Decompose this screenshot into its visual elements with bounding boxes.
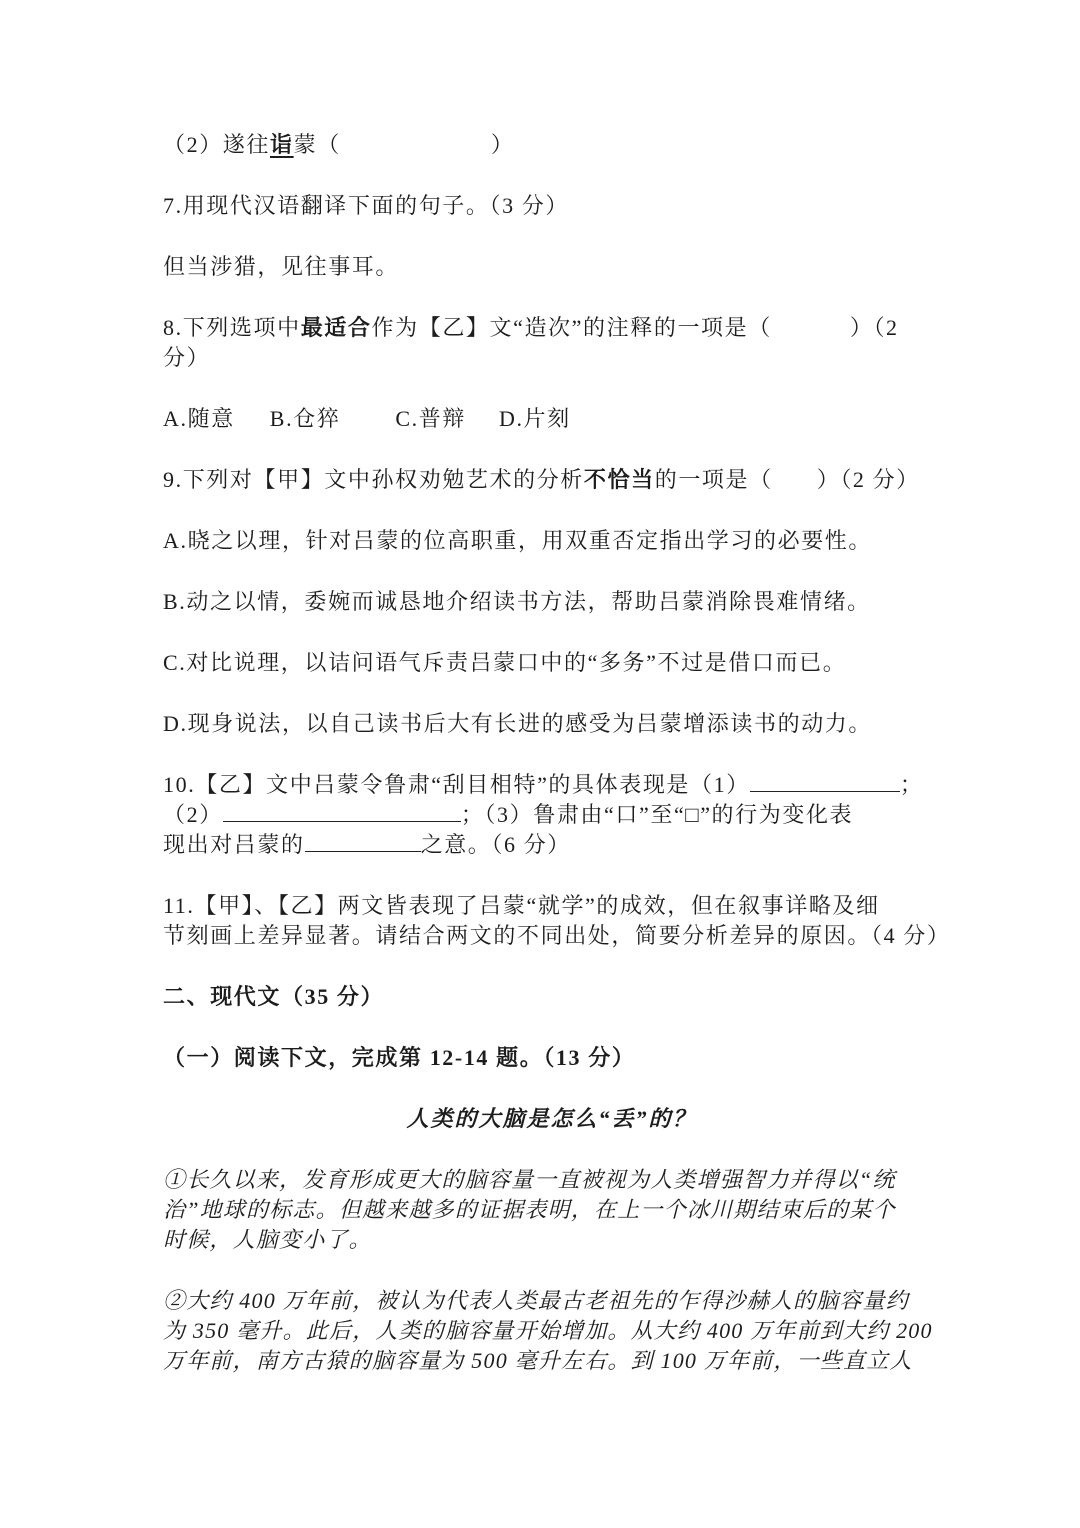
question-6-item-2-line: （2）遂往诣蒙（） xyxy=(163,130,940,160)
paragraph-2-line-2: 为 350 毫升。此后，人类的脑容量开始增加。从大约 400 万年前到大约 20… xyxy=(163,1316,940,1346)
q10-text-4: 现出对吕蒙的 xyxy=(163,832,305,857)
q6-2-text-pre: （2）遂往 xyxy=(163,132,270,157)
question-8-options-line: A.随意B.仓猝C.普辩D.片刻 xyxy=(163,404,940,434)
question-9-line: 9.下列对【甲】文中孙权劝勉艺术的分析不恰当的一项是（）（2 分） xyxy=(163,465,940,495)
question-9-option-a: A.晓之以理，针对吕蒙的位高职重，用双重否定指出学习的必要性。 xyxy=(163,526,940,556)
question-8: 8.下列选项中最适合作为【乙】文“造次”的注释的一项是（）（2 分） xyxy=(163,313,940,373)
question-11: 11.【甲】、【乙】两文皆表现了吕蒙“就学”的成效，但在叙事详略及细 节刻画上差… xyxy=(163,891,940,951)
translation-sentence: 但当涉猎，见往事耳。 xyxy=(163,252,940,282)
exam-page: （2）遂往诣蒙（） 7.用现代汉语翻译下面的句子。（3 分） 但当涉猎，见往事耳… xyxy=(0,0,1080,1528)
question-9: 9.下列对【甲】文中孙权劝勉艺术的分析不恰当的一项是（）（2 分） xyxy=(163,465,940,495)
passage-title-block: 人类的大脑是怎么“丢”的？ xyxy=(163,1104,940,1134)
question-10-line-1: 10.【乙】文中吕蒙令鲁肃“刮目相特”的具体表现是（1）； xyxy=(163,770,940,800)
q9-emphasized-phrase: 不恰当 xyxy=(584,467,655,492)
paragraph-2-line-3: 万年前，南方古猿的脑容量为 500 毫升左右。到 100 万年前，一些直立人 xyxy=(163,1346,940,1376)
option-b: B.仓猝 xyxy=(270,406,341,431)
q8-text-post: ）（2 xyxy=(850,315,899,340)
q10-text-5: 之意。（6 分） xyxy=(421,832,571,857)
option-a: A.晓之以理，针对吕蒙的位高职重，用双重否定指出学习的必要性。 xyxy=(163,526,940,556)
paragraph-1-line-3: 时候，人脑变小了。 xyxy=(163,1225,940,1255)
question-7-text: 7.用现代汉语翻译下面的句子。（3 分） xyxy=(163,191,940,221)
q10-text-3: ；（3）鲁肃由“口”至“□”的行为变化表 xyxy=(461,802,853,827)
paragraph-1-line-1: ①长久以来，发育形成更大的脑容量一直被视为人类增强智力并得以“统 xyxy=(163,1165,940,1195)
question-8-line-2: 分） xyxy=(163,343,940,373)
q9-text-post: ）（2 分） xyxy=(817,467,920,492)
answer-blank-3 xyxy=(305,830,421,852)
question-11-line-2: 节刻画上差异显著。请结合两文的不同出处，简要分析差异的原因。（4 分） xyxy=(163,921,940,951)
passage-paragraph-1: ①长久以来，发育形成更大的脑容量一直被视为人类增强智力并得以“统 治”地球的标志… xyxy=(163,1165,940,1255)
question-7-sentence: 但当涉猎，见往事耳。 xyxy=(163,252,940,282)
q9-text-mid: 的一项是（ xyxy=(655,467,773,492)
q10-semicolon-1: ； xyxy=(900,772,924,797)
q10-text-1: 10.【乙】文中吕蒙令鲁肃“刮目相特”的具体表现是（1） xyxy=(163,772,750,797)
question-8-options: A.随意B.仓猝C.普辩D.片刻 xyxy=(163,404,940,434)
question-11-line-1: 11.【甲】、【乙】两文皆表现了吕蒙“就学”的成效，但在叙事详略及细 xyxy=(163,891,940,921)
q8-text-mid: 作为【乙】文“造次”的注释的一项是（ xyxy=(372,315,772,340)
q9-text-pre: 9.下列对【甲】文中孙权劝勉艺术的分析 xyxy=(163,467,584,492)
answer-blank-1 xyxy=(750,770,900,792)
option-d: D.片刻 xyxy=(499,406,571,431)
option-c: C.对比说理，以诘问语气斥责吕蒙口中的“多务”不过是借口而已。 xyxy=(163,648,940,678)
paragraph-2-line-1: ②大约 400 万年前，被认为代表人类最古老祖先的乍得沙赫人的脑容量约 xyxy=(163,1286,940,1316)
q6-2-text-post: 蒙（ xyxy=(294,132,341,157)
question-9-option-d: D.现身说法，以自己读书后大有长进的感受为吕蒙增添读书的动力。 xyxy=(163,709,940,739)
question-10-line-3: 现出对吕蒙的之意。（6 分） xyxy=(163,830,940,860)
paragraph-1-line-2: 治”地球的标志。但越来越多的证据表明，在上一个冰川期结束后的某个 xyxy=(163,1195,940,1225)
question-9-option-c: C.对比说理，以诘问语气斥责吕蒙口中的“多务”不过是借口而已。 xyxy=(163,648,940,678)
question-10-line-2: （2）；（3）鲁肃由“口”至“□”的行为变化表 xyxy=(163,800,940,830)
section-subheading: （一）阅读下文，完成第 12-14 题。（13 分） xyxy=(163,1043,940,1073)
question-7: 7.用现代汉语翻译下面的句子。（3 分） xyxy=(163,191,940,221)
option-b: B.动之以情，委婉而诚恳地介绍读书方法，帮助吕蒙消除畏难情绪。 xyxy=(163,587,940,617)
q6-2-close-paren: ） xyxy=(491,132,515,157)
question-10: 10.【乙】文中吕蒙令鲁肃“刮目相特”的具体表现是（1）； （2）；（3）鲁肃由… xyxy=(163,770,940,860)
section-heading: 二、现代文（35 分） xyxy=(163,982,940,1012)
question-9-option-b: B.动之以情，委婉而诚恳地介绍读书方法，帮助吕蒙消除畏难情绪。 xyxy=(163,587,940,617)
passage-title: 人类的大脑是怎么“丢”的？ xyxy=(163,1104,940,1134)
q10-text-2: （2） xyxy=(163,802,223,827)
question-8-line-1: 8.下列选项中最适合作为【乙】文“造次”的注释的一项是（）（2 xyxy=(163,313,940,343)
passage-paragraph-2: ②大约 400 万年前，被认为代表人类最古老祖先的乍得沙赫人的脑容量约 为 35… xyxy=(163,1286,940,1376)
section-2-subheading: （一）阅读下文，完成第 12-14 题。（13 分） xyxy=(163,1043,940,1073)
q8-text-pre: 8.下列选项中 xyxy=(163,315,301,340)
q8-emphasized-phrase: 最适合 xyxy=(301,315,372,340)
answer-blank-2 xyxy=(223,800,461,822)
option-a: A.随意 xyxy=(163,406,235,431)
question-6-item-2: （2）遂往诣蒙（） xyxy=(163,130,940,160)
q6-2-emphasized-word: 诣 xyxy=(270,132,294,157)
option-c: C.普辩 xyxy=(395,406,466,431)
section-2-heading: 二、现代文（35 分） xyxy=(163,982,940,1012)
option-d: D.现身说法，以自己读书后大有长进的感受为吕蒙增添读书的动力。 xyxy=(163,709,940,739)
